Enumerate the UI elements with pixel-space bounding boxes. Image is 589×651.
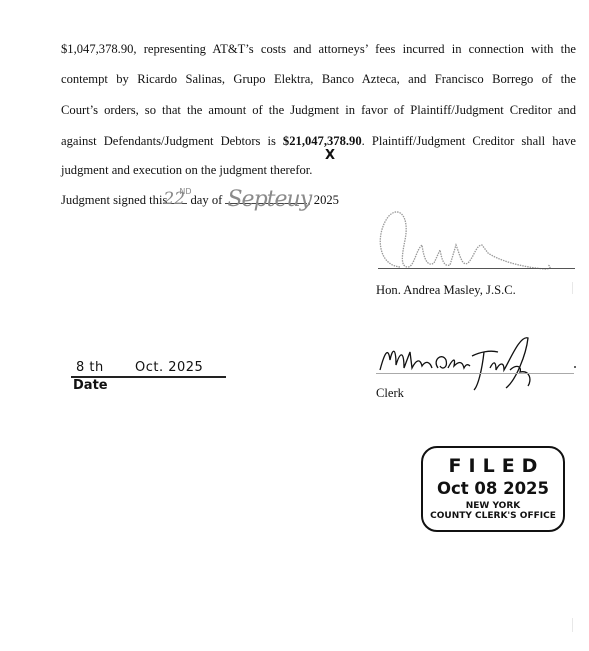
day-blank: 22ND	[167, 203, 187, 204]
date-label: Date	[73, 378, 108, 393]
paragraph-line-1: $1,047,378.90, representing AT&T’s costs…	[61, 42, 576, 57]
signed-middle: day of	[187, 193, 225, 207]
scan-artifact	[572, 618, 573, 632]
scan-artifact	[572, 282, 573, 294]
signed-year: , 2025	[307, 193, 338, 207]
handwritten-month: Septeuy	[227, 187, 311, 212]
stamp-office: COUNTY CLERK'S OFFICE	[420, 511, 566, 522]
document-page: $1,047,378.90, representing AT&T’s costs…	[0, 0, 589, 651]
month-blank: Septeuy	[225, 203, 307, 204]
x-mark: X	[325, 148, 335, 163]
clerk-label: Clerk	[376, 386, 404, 401]
judge-name: Hon. Andrea Masley, J.S.C.	[376, 283, 516, 298]
line4-prefix: against Defendants/Judgment Debtors is	[61, 134, 283, 148]
paragraph-line-5: judgment and execution on the judgment t…	[61, 163, 576, 178]
stamp-location: NEW YORK	[423, 501, 563, 511]
judgment-signed-line: Judgment signed this22ND day of Septeuy,…	[61, 193, 339, 208]
paragraph-line-4: against Defendants/Judgment Debtors is $…	[61, 134, 576, 149]
signed-prefix: Judgment signed this	[61, 193, 167, 207]
date-month-year: Oct. 2025	[135, 360, 203, 375]
judge-signature	[370, 205, 580, 275]
stamp-date: Oct 08 2025	[423, 478, 563, 500]
stamp-title: FILED	[423, 454, 563, 478]
date-day: 8 th	[76, 360, 104, 375]
line4-suffix: . Plaintiff/Judgment Creditor shall have	[362, 134, 576, 148]
judge-signature-line	[378, 268, 575, 269]
handwritten-day-suffix: ND	[179, 187, 191, 196]
paragraph-line-3: Court’s orders, so that the amount of th…	[61, 103, 576, 118]
paragraph-line-2: contempt by Ricardo Salinas, Grupo Elekt…	[61, 72, 576, 87]
judgment-amount: $21,047,378.90	[283, 134, 362, 148]
clerk-signature-line	[376, 373, 574, 374]
filed-stamp: FILED Oct 08 2025 NEW YORK COUNTY CLERK'…	[421, 446, 565, 532]
